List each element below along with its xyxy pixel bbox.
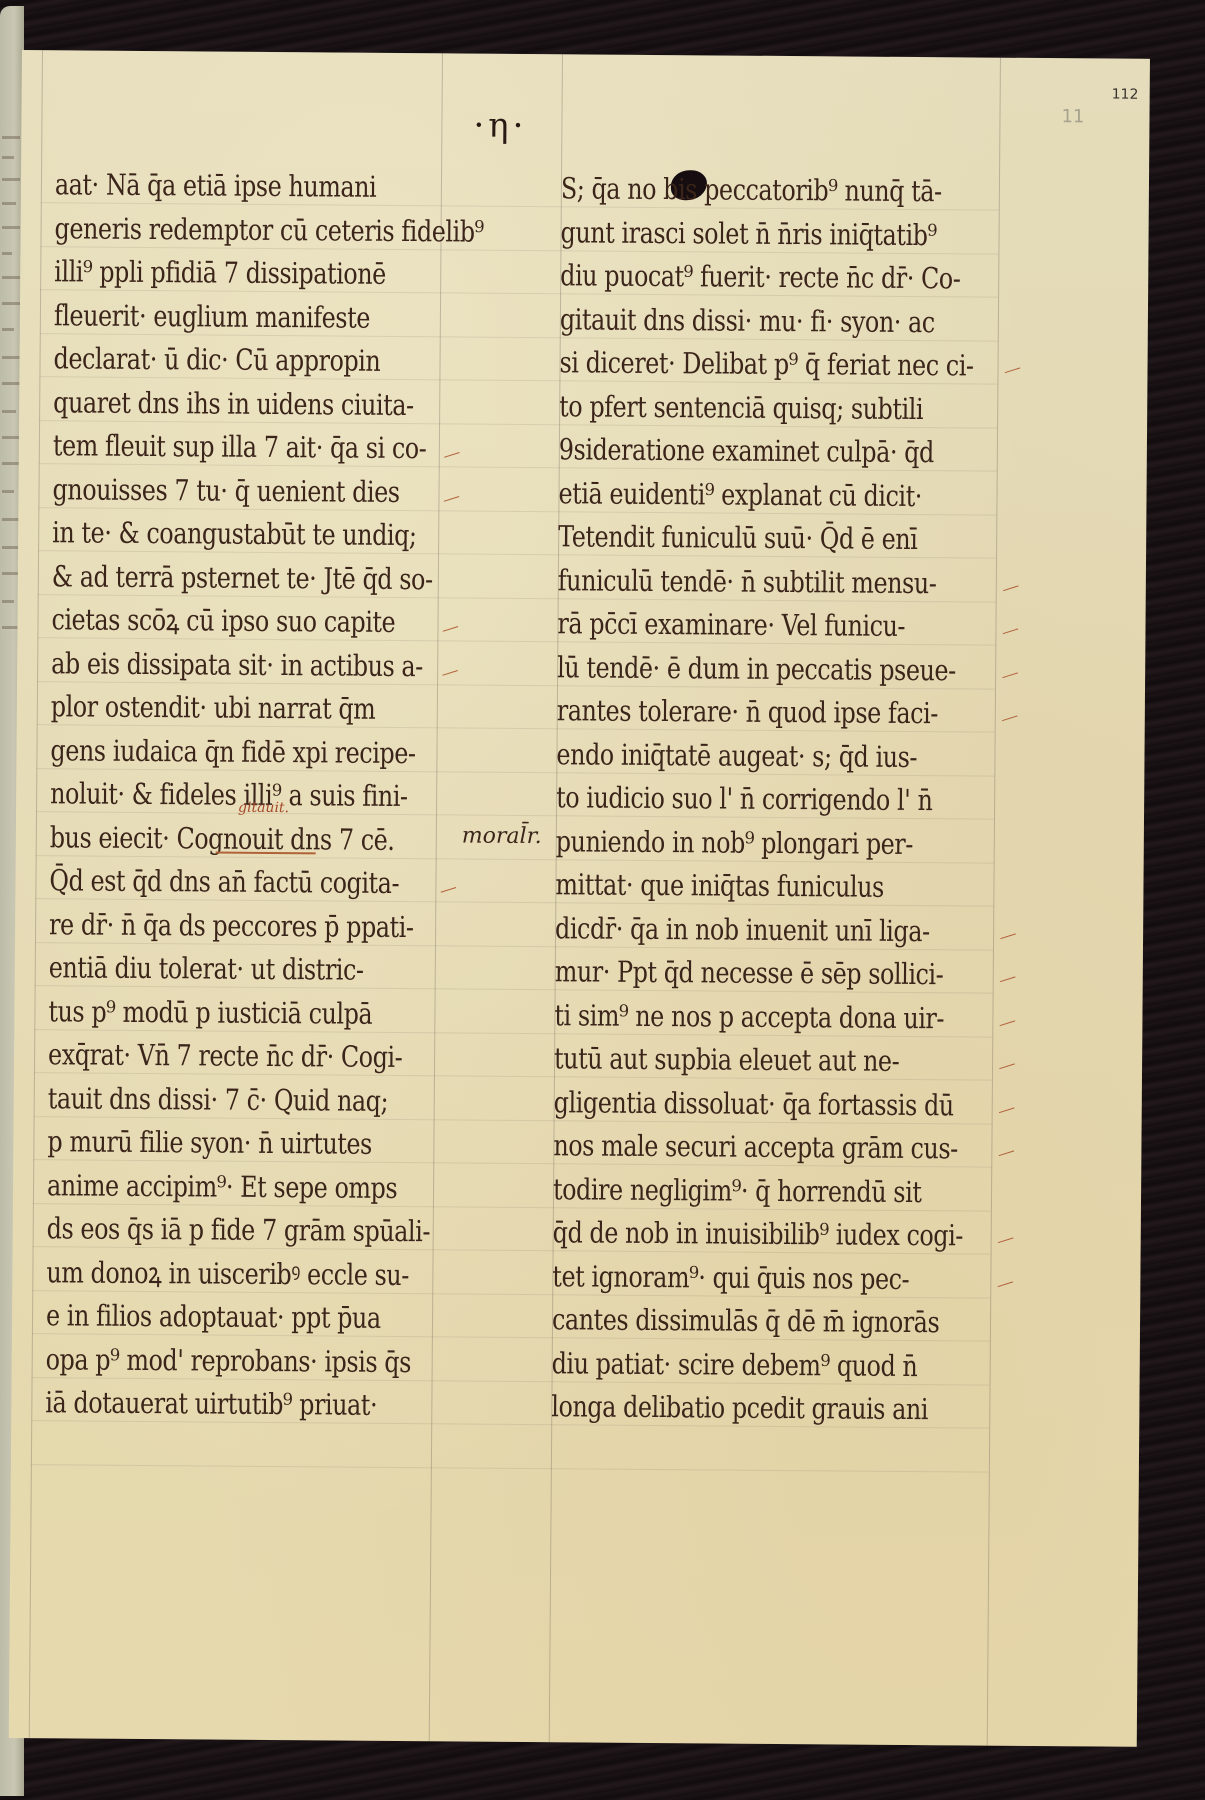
text-line: S; q̄a no bis peccatorib⁹ nunq̄ tā- bbox=[561, 172, 942, 207]
pen-tick bbox=[1002, 672, 1018, 678]
text-line: aat· Nā q̄a etiā ipse humani bbox=[55, 168, 377, 203]
text-line: 9sideratione examinet culpā· q̄d bbox=[559, 433, 934, 468]
text-line: rā pc̄cī examinare· Vel funicu- bbox=[557, 607, 905, 642]
text-line: q̄d de nob in inuisibilib⁹ iudex cogi- bbox=[553, 1216, 964, 1251]
margin-note: moral̄r. bbox=[462, 823, 542, 849]
text-line: tem fleuit sup illa 7 ait· q̄a si co- bbox=[53, 429, 427, 464]
pen-flourishes bbox=[22, 50, 1150, 59]
text-line: gitauit dns dissi· mu· fi· syon· ac bbox=[560, 303, 935, 338]
pen-tick bbox=[998, 1281, 1014, 1287]
left-column: aat· Nā q̄a etiā ipse humanigeneris rede… bbox=[56, 50, 476, 53]
quire-mark: ·η· bbox=[473, 106, 527, 146]
text-line: & ad terrā psternet te· Jtē q̄d so- bbox=[52, 560, 433, 595]
right-column: S; q̄a no bis peccatorib⁹ nunq̄ tā-gunt … bbox=[562, 54, 1002, 57]
text-line: fleuerit· euglium manifeste bbox=[54, 299, 370, 333]
text-line: exq̄rat· Vn̄ 7 recte n̄c dr̄· Cogi- bbox=[48, 1038, 402, 1073]
pen-tick bbox=[999, 1107, 1015, 1113]
text-line: bus eiecit· Cognouit dns 7 cē. bbox=[50, 821, 395, 856]
pen-tick bbox=[999, 1063, 1015, 1069]
text-line: funiculū tendē· n̄ subtilit mensu- bbox=[558, 564, 937, 599]
text-line: plor ostendit· ubi narrat q̄m bbox=[51, 690, 376, 725]
pen-tick bbox=[1000, 933, 1016, 939]
text-line: p murū filie syon· n̄ uirtutes bbox=[47, 1125, 372, 1160]
text-line: gligentia dissoluat· q̄a fortassis dū bbox=[554, 1086, 954, 1121]
text-line: declarat· ū dic· Cū appropin bbox=[53, 342, 380, 377]
text-line: Tetendit funiculū suū· Q̄d ē enī bbox=[558, 520, 918, 555]
text-line: lū tendē· ē dum in peccatis pseue- bbox=[557, 651, 956, 686]
text-line: tet ignoram⁹· qui q̄uis nos pec- bbox=[552, 1260, 909, 1295]
text-line: gens iudaica q̄n fidē xpi recipe- bbox=[50, 734, 415, 769]
text-line: ab eis dissipata sit· in actibus a- bbox=[51, 647, 423, 682]
text-line: in te· & coangustabūt te undiq; bbox=[52, 516, 417, 551]
text-line: todire negligim⁹· q̄ horrendū sit bbox=[553, 1173, 922, 1208]
pen-tick bbox=[1005, 367, 1021, 373]
pen-tick bbox=[1003, 628, 1019, 634]
text-line: tutū aut supbia eleuet aut ne- bbox=[554, 1042, 899, 1077]
text-line: Q̄d est q̄d dns an̄ factū cogita- bbox=[49, 864, 399, 899]
ruling-left-outer bbox=[29, 50, 43, 1738]
text-line: gnouisses 7 tu· q̄ uenient dies bbox=[52, 473, 399, 508]
pen-tick bbox=[442, 669, 458, 675]
text-line: diu puocat⁹ fuerit· recte n̄c dr̄· Co- bbox=[560, 259, 960, 294]
text-line: ds eos q̄s iā p fide 7 grām spūali- bbox=[47, 1212, 431, 1247]
text-line: entiā diu tolerat· ut distric- bbox=[49, 951, 364, 985]
text-line: diu patiat· scire debem⁹ quod n̄ bbox=[552, 1347, 918, 1382]
text-line: anime accipim⁹· Et sepe omps bbox=[47, 1169, 397, 1204]
ruling-line bbox=[31, 1464, 989, 1473]
pen-tick bbox=[441, 887, 457, 893]
text-line: noluit· & fideles illi⁹ a suis fini- bbox=[50, 777, 408, 812]
text-line: iā dotauerat uirtutib⁹ priuat· bbox=[45, 1386, 377, 1421]
text-line: illi⁹ ppli pfidiā 7 dissipationē bbox=[54, 255, 386, 290]
text-line: rantes tolerare· n̄ quod ipse faci- bbox=[557, 694, 938, 729]
text-line: cietas scōꝝ cū ipso suo capite bbox=[51, 603, 395, 638]
pen-tick bbox=[444, 452, 460, 458]
text-line: to iudicio suo l' n̄ corrigendo l' n̄ bbox=[556, 781, 933, 816]
pen-tick bbox=[1003, 585, 1019, 591]
text-line: opa p⁹ mod' reprobans· ipsis q̄s bbox=[46, 1343, 412, 1378]
pen-tick bbox=[1000, 976, 1016, 982]
ruling-right-outer bbox=[987, 58, 1001, 1746]
text-line: tus p⁹ modū p iusticiā culpā bbox=[48, 995, 372, 1030]
folio-number: 112 bbox=[1112, 87, 1139, 103]
text-line: gunt irasci solet n̄ n̄ris iniq̄tatib⁹ bbox=[560, 216, 936, 251]
text-line: e in filios adoptauat· ppt p̄ua bbox=[46, 1299, 381, 1334]
pencil-mark: 11 bbox=[1061, 106, 1084, 127]
pen-tick bbox=[1002, 715, 1018, 721]
text-line: cantes dissimulās q̄ dē m̄ ignorās bbox=[552, 1303, 940, 1338]
text-line: endo iniq̄tatē augeat· s; q̄d ius- bbox=[556, 738, 917, 773]
text-line: nos male securi accepta grām cus- bbox=[553, 1129, 958, 1164]
text-line: longa delibatio pcedit grauis ani bbox=[551, 1390, 928, 1425]
text-line: generis redemptor cū ceteris fidelib⁹ bbox=[54, 212, 483, 247]
pen-tick bbox=[444, 495, 460, 501]
text-line: um donoꝝ in uisceribꝰ eccle su- bbox=[46, 1256, 409, 1291]
horizontal-rulings bbox=[22, 50, 1150, 59]
text-line: dicdr̄· q̄a in nob inuenit unī liga- bbox=[555, 912, 930, 947]
ruling-left-inner bbox=[429, 53, 443, 1741]
text-line: si diceret· Delibat p⁹ q̄ feriat nec ci- bbox=[559, 346, 973, 381]
interlinear-gloss: gitauit. bbox=[238, 800, 289, 816]
pen-tick bbox=[443, 626, 459, 632]
text-line: etiā euidenti⁹ explanat cū dicit· bbox=[558, 477, 922, 512]
pen-tick bbox=[998, 1237, 1014, 1243]
manuscript-folio: ·η· 112 11 aat· Nā q̄a etiā ipse humanig… bbox=[9, 50, 1150, 1747]
text-line: to pfert sentenciā quisq; subtili bbox=[559, 390, 923, 425]
text-line: ti sim⁹ ne nos p accepta dona uir- bbox=[554, 999, 944, 1034]
pen-tick bbox=[1000, 1020, 1016, 1026]
text-line: tauit dns dissi· 7 c̄· Quid naq; bbox=[48, 1082, 389, 1117]
pen-tick bbox=[999, 1150, 1015, 1156]
text-line: re dr̄· n̄ q̄a ds peccores p̄ ppati- bbox=[49, 908, 414, 943]
text-line: quaret dns ihs in uidens ciuita- bbox=[53, 386, 414, 421]
text-line: mittat· que iniq̄tas funiculus bbox=[555, 868, 884, 903]
text-line: puniendo in nob⁹ plongari per- bbox=[556, 825, 913, 860]
text-line: mur· Ppt q̄d necesse ē sēp sollici- bbox=[555, 955, 944, 990]
